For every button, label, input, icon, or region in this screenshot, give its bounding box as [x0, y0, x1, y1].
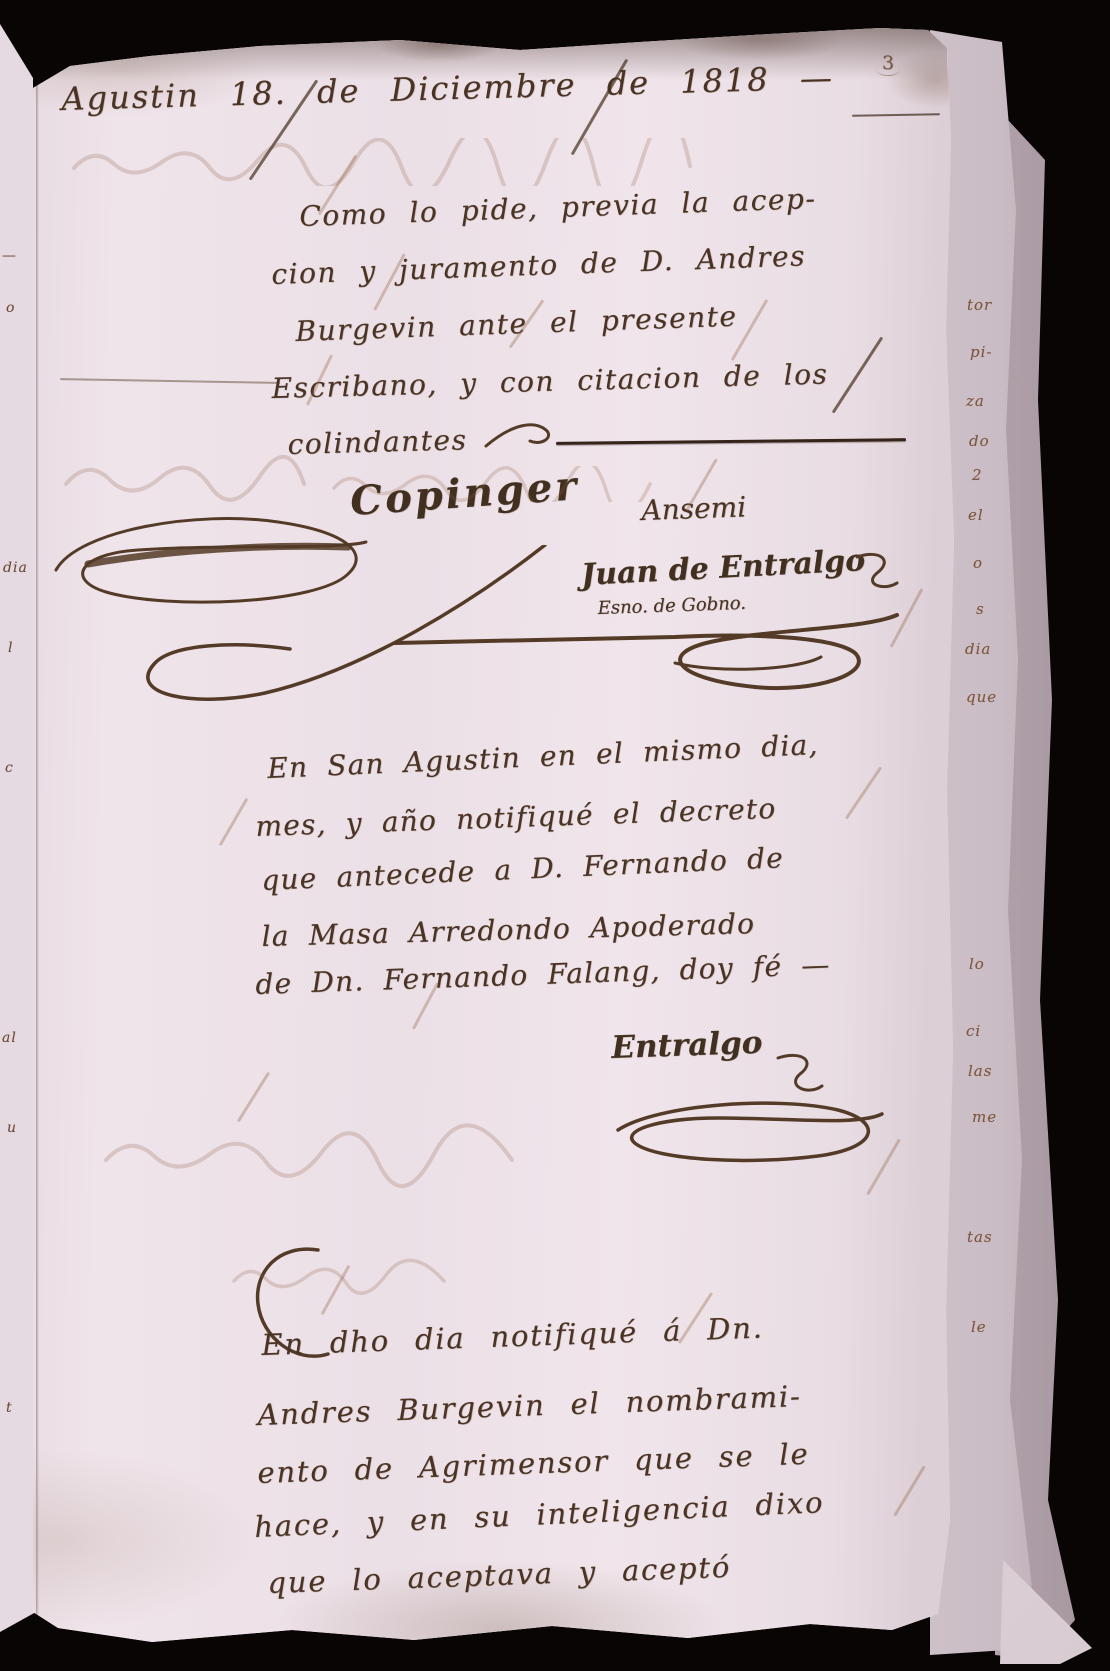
notary-rubric-flourish: [115, 545, 915, 720]
facing-page-text-fragment: u: [7, 1120, 17, 1136]
adjacent-page-text-fragment: pi-: [970, 343, 992, 361]
ink-bleed-mark: [832, 336, 884, 413]
adjacent-page-text-fragment: do: [969, 432, 990, 450]
decree-line: colindantes: [287, 423, 468, 461]
closing-rule: [556, 438, 906, 445]
acceptance-line: hace, y en su inteligencia dixo: [254, 1485, 825, 1544]
heading-line: Agustin 18. de Diciembre de 1818 —: [61, 58, 834, 118]
adjacent-page-text-fragment: el: [968, 506, 984, 524]
manuscript-photo: tor pi- za do 2 el o s dia que lo ci las…: [0, 0, 1110, 1671]
margin-dash: [852, 113, 940, 117]
adjacent-page-text-fragment: tor: [967, 296, 992, 314]
adjacent-page-text-fragment: o: [973, 554, 983, 572]
adjacent-page-text-fragment: za: [966, 392, 985, 410]
facing-page-text-fragment: dia: [3, 560, 28, 576]
decree-line: cion y juramento de D. Andres: [271, 239, 807, 291]
bleedthrough-mark: [70, 138, 710, 186]
manuscript-page: 3 Agustin 18. de Diciembre de 1818 — Com…: [0, 0, 1110, 1671]
facing-page-text-fragment: o: [6, 300, 15, 316]
ink-bleed-mark: [893, 1465, 925, 1516]
ink-bleed-mark: [219, 798, 249, 846]
facing-page-text-fragment: al: [2, 1030, 17, 1046]
notary-rubric-flourish-2: [598, 1052, 888, 1172]
adjacent-page-text-fragment: le: [971, 1318, 987, 1336]
facing-page-text-fragment: c: [5, 760, 14, 776]
adjacent-page-text-fragment: lo: [969, 955, 985, 973]
adjacent-page-text-fragment: dia: [965, 640, 991, 658]
facing-page-text-fragment: t: [6, 1400, 13, 1416]
folio-number: 3: [876, 52, 900, 76]
bleedthrough-mark: [60, 448, 310, 504]
facing-page-text-fragment: —: [2, 248, 17, 264]
ink-bleed-mark: [237, 1072, 270, 1123]
ink-bleed-mark: [845, 766, 882, 819]
crease-line: [60, 378, 280, 384]
notification-line: de Dn. Fernando Falang, doy fé —: [255, 948, 831, 1001]
adjacent-page-text-fragment: me: [972, 1108, 997, 1126]
adjacent-page-text-fragment: las: [968, 1062, 992, 1080]
adjacent-page-text-fragment: 2: [972, 466, 983, 484]
bleedthrough-mark: [100, 1120, 520, 1190]
adjacent-page-text-fragment: que: [966, 688, 997, 706]
facing-page-text-fragment: l: [8, 640, 13, 656]
decree-line: Escribano, y con citacion de los: [271, 357, 829, 405]
acceptance-line: que lo aceptava y aceptó: [267, 1550, 732, 1600]
decree-line: Como lo pide, previa la acep-: [299, 182, 817, 233]
acceptance-line: Andres Burgevin el nombrami-: [257, 1379, 802, 1432]
adjacent-page-text-fragment: tas: [967, 1228, 993, 1246]
adjacent-page-text-fragment: s: [976, 600, 985, 618]
bleedthrough-mark: [330, 466, 660, 502]
notification-line: la Masa Arredondo Apoderado: [261, 907, 755, 953]
notification-line: En San Agustin en el mismo dia,: [267, 728, 820, 785]
notification-line: mes, y año notifiqué el decreto: [255, 792, 777, 843]
adjacent-page-text-fragment: ci: [966, 1022, 981, 1040]
acceptance-line: ento de Agrimensor que se le: [257, 1437, 810, 1490]
notification-line: que antecede a D. Fernando de: [261, 841, 785, 897]
colindantes-swoosh-flourish: [482, 414, 568, 456]
